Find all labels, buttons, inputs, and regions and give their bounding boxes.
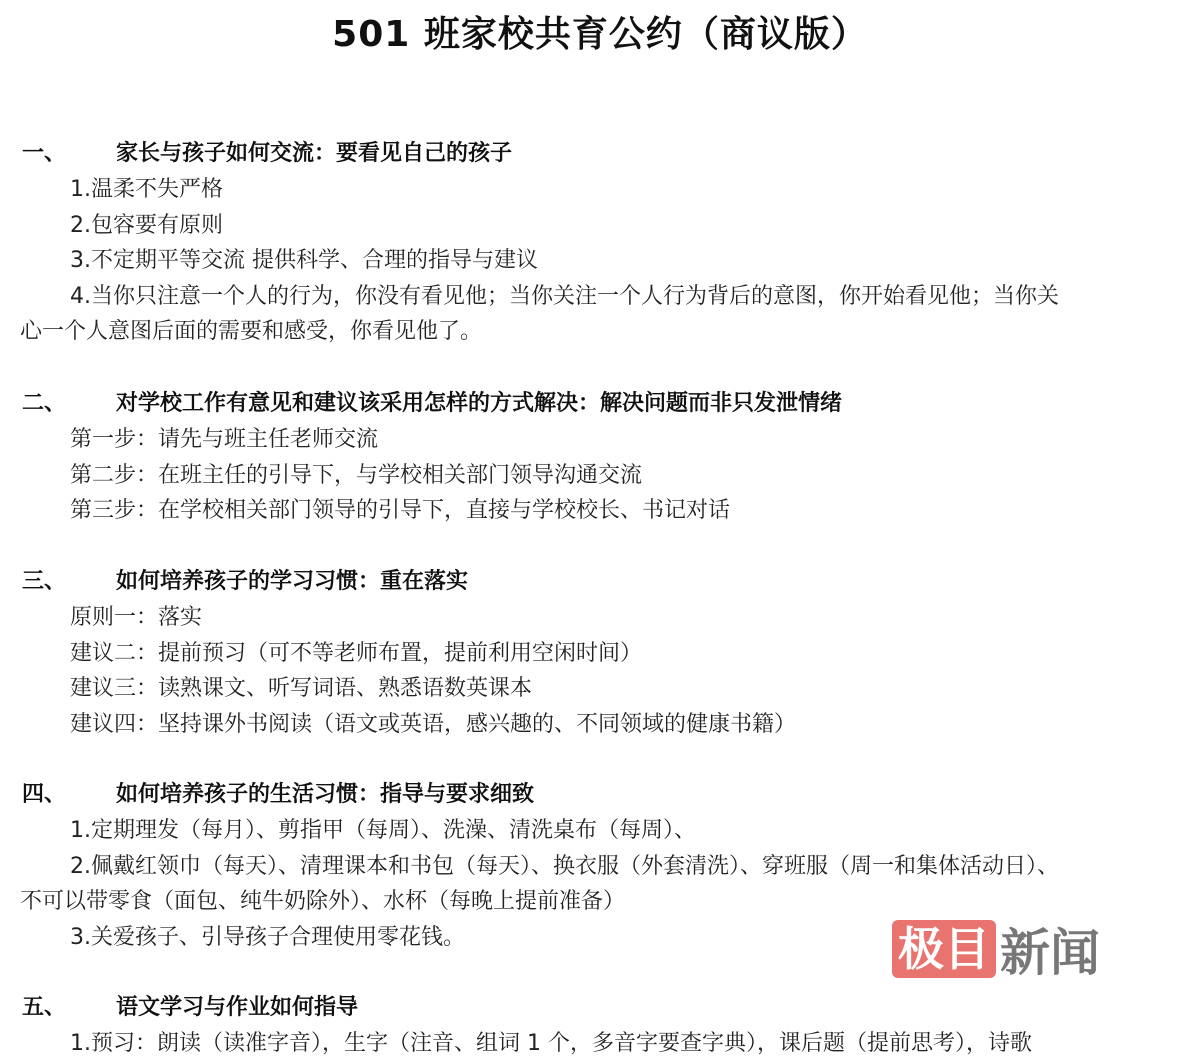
list-item-continuation: 心一个人意图后面的需要和感受，你看见他了。 — [0, 314, 1200, 350]
section-number: 三、 — [0, 564, 116, 600]
section-title: 语文学习与作业如何指导 — [116, 990, 358, 1026]
section-heading: 一、 家长与孩子如何交流：要看见自己的孩子 — [0, 136, 1200, 172]
section-heading: 五、 语文学习与作业如何指导 — [0, 990, 1200, 1026]
list-item: 第一步：请先与班主任老师交流 — [0, 422, 1200, 458]
list-item: 建议四：坚持课外书阅读（语文或英语，感兴趣的、不同领域的健康书籍） — [0, 707, 1200, 743]
section-3: 三、 如何培养孩子的学习习惯：重在落实 原则一：落实 建议二：提前预习（可不等老… — [0, 564, 1200, 742]
watermark-logo: 极目 新闻 — [892, 918, 1100, 980]
section-5: 五、 语文学习与作业如何指导 1.预习：朗读（读准字音），生字（注音、组词 1 … — [0, 990, 1200, 1061]
list-item: 3.不定期平等交流 提供科学、合理的指导与建议 — [0, 243, 1200, 279]
section-number: 四、 — [0, 777, 116, 813]
list-item: 建议三：读熟课文、听写词语、熟悉语数英课本 — [0, 671, 1200, 707]
list-item: 2.包容要有原则 — [0, 208, 1200, 244]
list-item: 1.温柔不失严格 — [0, 172, 1200, 208]
section-title: 如何培养孩子的学习习惯：重在落实 — [116, 564, 468, 600]
section-title: 对学校工作有意见和建议该采用怎样的方式解决：解决问题而非只发泄情绪 — [116, 386, 842, 422]
section-number: 一、 — [0, 136, 116, 172]
document-title: 501 班家校共育公约（商议版） — [0, 6, 1200, 57]
section-2: 二、 对学校工作有意见和建议该采用怎样的方式解决：解决问题而非只发泄情绪 第一步… — [0, 386, 1200, 529]
list-item: 第三步：在学校相关部门领导的引导下，直接与学校校长、书记对话 — [0, 493, 1200, 529]
list-item: 2.佩戴红领巾（每天）、清理课本和书包（每天）、换衣服（外套清洗）、穿班服（周一… — [0, 849, 1200, 885]
section-title: 家长与孩子如何交流：要看见自己的孩子 — [116, 136, 512, 172]
watermark-text: 新闻 — [1000, 913, 1100, 985]
section-heading: 三、 如何培养孩子的学习习惯：重在落实 — [0, 564, 1200, 600]
list-item: 4.当你只注意一个人的行为，你没有看见他；当你关注一个人行为背后的意图，你开始看… — [0, 279, 1200, 315]
list-item: 1.定期理发（每月）、剪指甲（每周）、洗澡、清洗桌布（每周）、 — [0, 813, 1200, 849]
watermark-boxed-text: 极目 — [892, 920, 996, 978]
list-item: 建议二：提前预习（可不等老师布置，提前利用空闲时间） — [0, 636, 1200, 672]
list-item: 原则一：落实 — [0, 600, 1200, 636]
section-title: 如何培养孩子的生活习惯：指导与要求细致 — [116, 777, 534, 813]
section-number: 二、 — [0, 386, 116, 422]
list-item: 第二步：在班主任的引导下，与学校相关部门领导沟通交流 — [0, 458, 1200, 494]
list-item: 1.预习：朗读（读准字音），生字（注音、组词 1 个，多音字要查字典），课后题（… — [0, 1026, 1200, 1061]
section-1: 一、 家长与孩子如何交流：要看见自己的孩子 1.温柔不失严格 2.包容要有原则 … — [0, 136, 1200, 350]
section-heading: 二、 对学校工作有意见和建议该采用怎样的方式解决：解决问题而非只发泄情绪 — [0, 386, 1200, 422]
section-number: 五、 — [0, 990, 116, 1026]
section-heading: 四、 如何培养孩子的生活习惯：指导与要求细致 — [0, 777, 1200, 813]
